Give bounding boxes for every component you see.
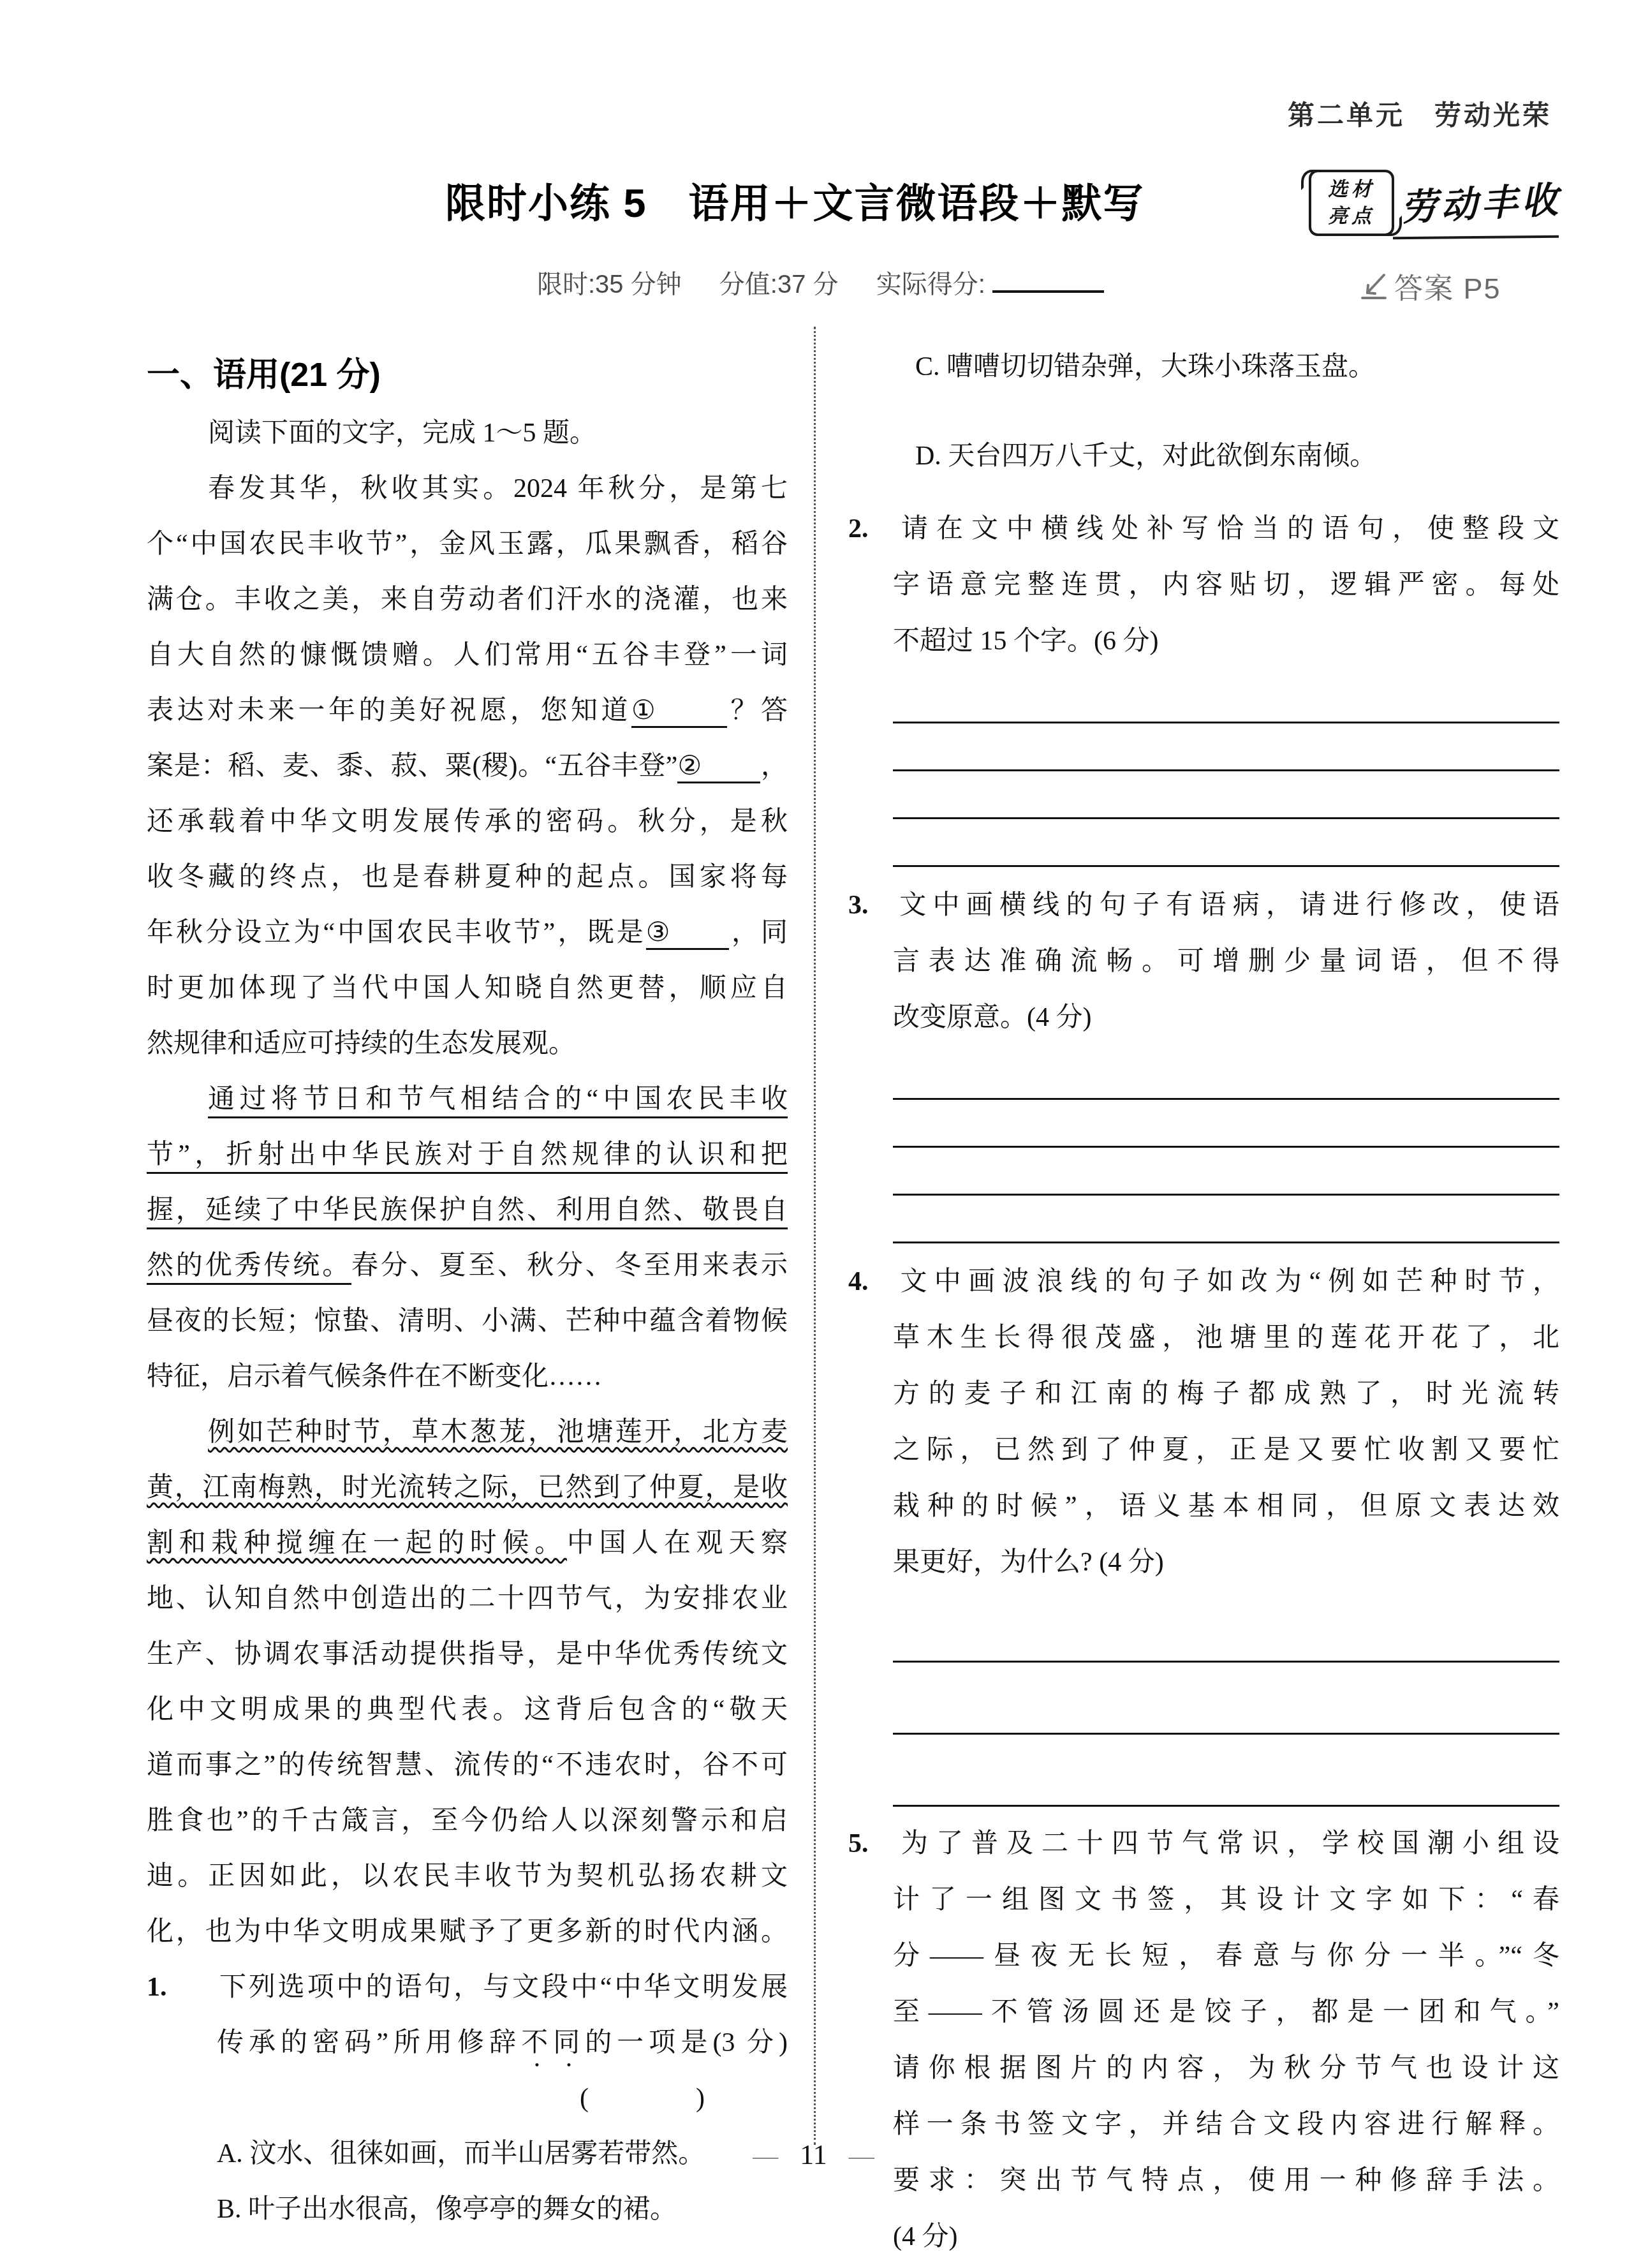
text-line: 阅读下面的文字，完成 1～5 题。 xyxy=(147,406,788,461)
text-segment: 果更好，为什么? (4 分) xyxy=(893,1548,1164,1577)
text-segment: 割和栽种搅缠在一起的时候。 xyxy=(147,1529,567,1558)
text-segment: 方的麦子和江南的梅子都成熟了，时光流转 xyxy=(893,1379,1559,1409)
text-segment: 满仓。丰收之美，来自劳动者们汗水的浇灌，也来 xyxy=(147,585,788,614)
text-line: 黄，江南梅熟，时光流转之际，已然到了仲夏，是收 xyxy=(147,1460,788,1516)
section-title: 一、语用(21 分) xyxy=(147,345,788,406)
text-segment: 阅读下面的文字，完成 1～5 题。 xyxy=(208,419,596,448)
text-segment: D. 天台四万八千丈，对此欲倒东南倾。 xyxy=(915,441,1376,471)
text-segment: 化，也为中华文明成果赋予了更多新的时代内涵。 xyxy=(147,1917,788,1946)
text-segment: ， xyxy=(760,752,788,781)
total-score: 分值:37 分 xyxy=(719,271,839,299)
text-segment: 昼夜的长短；惊蛰、清明、小满、芒种中蕴含着物候 xyxy=(147,1307,788,1336)
text-line: 年秋分设立为“中国农民丰收节”，既是③，同 xyxy=(147,905,788,961)
text-segment: 不超过 15 个字。(6 分) xyxy=(893,626,1158,656)
inline-blank[interactable]: ① xyxy=(631,695,727,728)
actual-score-blank[interactable] xyxy=(992,265,1104,293)
text-segment: 个“中国农民丰收节”，金风玉露，瓜果飘香，稻谷 xyxy=(147,530,788,559)
text-line: 通过将节日和节气相结合的“中国农民丰收 xyxy=(147,1072,788,1127)
option-d: D. 天台四万八千丈，对此欲倒东南倾。 xyxy=(848,411,1559,501)
unit-header: 第二单元 劳动光荣 xyxy=(1288,94,1552,133)
text-segment: 节”，折射出中华民族对于自然规律的认识和把 xyxy=(147,1140,788,1169)
answer-line[interactable] xyxy=(893,1196,1559,1243)
text-line: 地、认知自然中创造出的二十四节气，为安排农业 xyxy=(147,1571,788,1627)
answer-line[interactable] xyxy=(893,819,1559,867)
answer-reference: 答案 P5 xyxy=(1357,265,1501,307)
text-line: 节”，折射出中华民族对于自然规律的认识和把 xyxy=(147,1127,788,1183)
footer-dash-right: — xyxy=(849,2141,874,2170)
text-segment: 然规律和适应可持续的生态发展观。 xyxy=(147,1029,575,1058)
text-segment: 例如芒种时节，草木葱茏，池塘莲开，北方麦 xyxy=(208,1418,788,1447)
text-segment: 道而事之”的传统智慧、流传的“不违农时，谷不可 xyxy=(147,1751,788,1780)
answer-line[interactable] xyxy=(893,1052,1559,1100)
text-line: 化中文明成果的典型代表。这背后包含的“敬天 xyxy=(147,1682,788,1738)
text-segment: 案是：稻、麦、黍、菽、粟(稷)。“五谷丰登” xyxy=(147,752,677,781)
text-line: 分——昼夜无长短，春意与你分一半。”“冬 xyxy=(848,1928,1559,1984)
text-segment: 年秋分设立为“中国农民丰收节”，既是 xyxy=(147,918,646,947)
text-line: 道而事之”的传统智慧、流传的“不违农时，谷不可 xyxy=(147,1738,788,1793)
text-line: 表达对未来一年的美好祝愿，您知道①？答 xyxy=(147,683,788,739)
text-line: 满仓。丰收之美，来自劳动者们汗水的浇灌，也来 xyxy=(147,572,788,628)
text-segment: 时更加体现了当代中国人知晓自然更替，顺应自 xyxy=(147,974,788,1003)
text-segment: 还承载着中华文明发展传承的密码。秋分，是秋 xyxy=(147,807,788,836)
text-line: 然规律和适应可持续的生态发展观。 xyxy=(147,1016,788,1072)
option-b: B. 叶子出水很高，像亭亭的舞女的裙。 xyxy=(147,2182,788,2237)
text-segment: 分——昼夜无长短，春意与你分一半。”“冬 xyxy=(893,1941,1559,1971)
text-line: 化，也为中华文明成果赋予了更多新的时代内涵。 xyxy=(147,1904,788,1960)
text-line: 时更加体现了当代中国人知晓自然更替，顺应自 xyxy=(147,961,788,1016)
text-segment: 特征，启示着气候条件在不断变化…… xyxy=(147,1362,602,1391)
text-segment: ？答 xyxy=(727,696,788,725)
question-5: 5.为了普及二十四节气常识，学校国潮小组设 xyxy=(848,1816,1559,1872)
answer-line[interactable] xyxy=(893,723,1559,771)
text-segment: 地、认知自然中创造出的二十四节气，为安排农业 xyxy=(147,1584,788,1613)
text-line: 栽种的时候”，语义基本相同，但原文表达效 xyxy=(848,1478,1559,1534)
text-segment: ( ) xyxy=(580,2084,705,2113)
text-segment: 言表达准确流畅。可增删少量词语，但不得 xyxy=(893,947,1559,976)
text-segment: 栽种的时候”，语义基本相同，但原文表达效 xyxy=(893,1492,1559,1521)
text-line: 自大自然的慷慨馈赠。人们常用“五谷丰登”一词 xyxy=(147,628,788,683)
text-line: 胜食也”的千古箴言，至今仍给人以深刻警示和启 xyxy=(147,1793,788,1849)
actual-score-label: 实际得分: xyxy=(876,271,985,299)
column-divider xyxy=(814,327,816,2145)
text-segment: 草木生长得很茂盛，池塘里的莲花开花了，北 xyxy=(893,1323,1559,1353)
answer-arrow-icon xyxy=(1357,271,1388,302)
text-segment: 生产、协调农事活动提供指导，是中华优秀传统文 xyxy=(147,1640,788,1669)
text-segment: 的一项是(3 分) xyxy=(585,2028,788,2057)
answer-line[interactable] xyxy=(893,1100,1559,1148)
question-number: 1. xyxy=(147,1960,217,2015)
text-segment: (4 分) xyxy=(893,2222,957,2251)
text-line: 字语意完整连贯，内容贴切，逻辑严密。每处 xyxy=(848,557,1559,613)
page-title: 限时小练 5 语用＋文言微语段＋默写 xyxy=(445,171,1145,229)
text-line: (4 分) xyxy=(848,2209,1559,2265)
text-segment: 一、语用(21 分) xyxy=(147,357,381,394)
text-segment: 之际，已然到了仲夏，正是又要忙收割又要忙 xyxy=(893,1435,1559,1465)
time-limit: 限时:35 分钟 xyxy=(537,271,682,299)
text-line: 不超过 15 个字。(6 分) xyxy=(848,613,1559,669)
scroll-badge-icon: 选材 亮点 xyxy=(1309,170,1394,236)
text-segment: 文中画横线的句子有语病，请进行修改，使语 xyxy=(893,891,1559,920)
spacer xyxy=(848,867,1559,877)
answer-ref-label: 答案 P5 xyxy=(1394,265,1501,307)
answer-line[interactable] xyxy=(893,771,1559,819)
right-column: C. 嘈嘈切切错杂弹，大珠小珠落玉盘。D. 天台四万八千丈，对此欲倒东南倾。2.… xyxy=(848,322,1559,2265)
text-line: 还承载着中华文明发展传承的密码。秋分，是秋 xyxy=(147,794,788,850)
spacer xyxy=(848,1807,1559,1816)
badge-text-line2: 亮点 xyxy=(1328,203,1375,230)
inline-blank[interactable]: ② xyxy=(677,751,760,783)
text-segment: 春发其华，秋收其实。2024 年秋分，是第七 xyxy=(208,474,788,503)
text-line: 之际，已然到了仲夏，正是又要忙收割又要忙 xyxy=(848,1422,1559,1478)
text-line: 方的麦子和江南的梅子都成熟了，时光流转 xyxy=(848,1366,1559,1422)
badge-label: 劳动丰收 xyxy=(1399,170,1563,231)
spacer xyxy=(848,1046,1559,1052)
text-segment: B. 叶子出水很高，像亭亭的舞女的裙。 xyxy=(217,2195,677,2224)
text-segment: 然的优秀传统。 xyxy=(147,1251,351,1280)
text-line: 案是：稻、麦、黍、菽、粟(稷)。“五谷丰登”②， xyxy=(147,739,788,794)
answer-line[interactable] xyxy=(893,1148,1559,1196)
text-line: 计了一组图文书签，其设计文字如下：“春 xyxy=(848,1872,1559,1928)
inline-blank[interactable]: ③ xyxy=(646,917,729,950)
answer-line[interactable] xyxy=(893,676,1559,723)
text-line: 言表达准确流畅。可增删少量词语，但不得 xyxy=(848,933,1559,989)
answer-bracket: ( ) xyxy=(147,2071,788,2126)
text-segment: 至——不管汤圆还是饺子，都是一团和气。” xyxy=(893,1997,1559,2027)
text-line: 割和栽种搅缠在一起的时候。中国人在观天察 xyxy=(147,1516,788,1571)
question-number: 4. xyxy=(848,1254,893,1310)
spacer xyxy=(848,1243,1559,1254)
badge-underline xyxy=(1393,235,1559,240)
text-segment: 自大自然的慷慨馈赠。人们常用“五谷丰登”一词 xyxy=(147,641,788,670)
text-segment: ，同 xyxy=(729,918,788,947)
footer-dash-left: — xyxy=(753,2141,778,2170)
meta-row: 限时:35 分钟 分值:37 分 实际得分: xyxy=(537,264,1104,300)
text-segment: 改变原意。(4 分) xyxy=(893,1003,1091,1032)
text-line: 生产、协调农事活动提供指导，是中华优秀传统文 xyxy=(147,1627,788,1682)
page-footer: —11— xyxy=(0,2138,1627,2171)
page-number: 11 xyxy=(800,2139,827,2170)
text-segment: 样一条书签文字，并结合文段内容进行解释。 xyxy=(893,2110,1559,2139)
text-line: 迪。正因如此，以农民丰收节为契机弘扬农耕文 xyxy=(147,1849,788,1904)
text-line: 然的优秀传统。春分、夏至、秋分、冬至用来表示 xyxy=(147,1238,788,1294)
text-line: 握，延续了中华民族保护自然、利用自然、敬畏自 xyxy=(147,1183,788,1238)
text-segment: 请你根据图片的内容，为秋分节气也设计这 xyxy=(893,2054,1559,2083)
text-line: 请你根据图片的内容，为秋分节气也设计这 xyxy=(848,2040,1559,2096)
text-segment: 计了一组图文书签，其设计文字如下：“春 xyxy=(893,1885,1559,1915)
text-line: 至——不管汤圆还是饺子，都是一团和气。” xyxy=(848,1984,1559,2040)
question-number: 2. xyxy=(848,501,893,557)
text-segment: 黄，江南梅熟，时光流转之际，已然到了仲夏，是收 xyxy=(147,1473,788,1502)
text-line: 春发其华，秋收其实。2024 年秋分，是第七 xyxy=(147,461,788,517)
option-c: C. 嘈嘈切切错杂弹，大珠小珠落玉盘。 xyxy=(848,322,1559,411)
worksheet-page: { "header": { "unit": "第二单元 劳动光荣", "titl… xyxy=(0,0,1627,2268)
text-segment: 迪。正因如此，以农民丰收节为契机弘扬农耕文 xyxy=(147,1862,788,1891)
text-segment: 请在文中横线处补写恰当的语句，使整段文 xyxy=(893,514,1559,544)
text-segment: 中国人在观天察 xyxy=(567,1529,788,1558)
text-line: 改变原意。(4 分) xyxy=(848,989,1559,1046)
question-2: 2.请在文中横线处补写恰当的语句，使整段文 xyxy=(848,501,1559,557)
text-segment: 化中文明成果的典型代表。这背后包含的“敬天 xyxy=(147,1695,788,1724)
text-segment: 文中画波浪线的句子如改为“例如芒种时节， xyxy=(893,1267,1559,1296)
text-line: 昼夜的长短；惊蛰、清明、小满、芒种中蕴含着物候 xyxy=(147,1294,788,1349)
left-column: 一、语用(21 分)阅读下面的文字，完成 1～5 题。春发其华，秋收其实。202… xyxy=(147,345,788,2237)
text-segment: 表达对未来一年的美好祝愿，您知道 xyxy=(147,696,631,725)
text-line: 传承的密码”所用修辞不同的一项是(3 分) xyxy=(147,2015,788,2071)
answer-line[interactable] xyxy=(893,1735,1559,1807)
text-line: 草木生长得很茂盛，池塘里的莲花开花了，北 xyxy=(848,1310,1559,1366)
question-3: 3.文中画横线的句子有语病，请进行修改，使语 xyxy=(848,877,1559,933)
answer-line[interactable] xyxy=(893,1663,1559,1735)
text-segment: 通过将节日和节气相结合的“中国农民丰收 xyxy=(208,1085,788,1114)
answer-line[interactable] xyxy=(893,1590,1559,1663)
text-line: 果更好，为什么? (4 分) xyxy=(848,1534,1559,1590)
text-line: 特征，启示着气候条件在不断变化…… xyxy=(147,1349,788,1405)
text-segment: 握，延续了中华民族保护自然、利用自然、敬畏自 xyxy=(147,1196,788,1225)
question-1: 1.下列选项中的语句，与文段中“中华文明发展 xyxy=(147,1960,788,2015)
text-line: 收冬藏的终点，也是春耕夏种的起点。国家将每 xyxy=(147,850,788,905)
question-4: 4.文中画波浪线的句子如改为“例如芒种时节， xyxy=(848,1254,1559,1310)
text-segment: 胜食也”的千古箴言，至今仍给人以深刻警示和启 xyxy=(147,1806,788,1835)
emphasized-text: 不同 xyxy=(521,2028,585,2057)
text-segment: 收冬藏的终点，也是春耕夏种的起点。国家将每 xyxy=(147,863,788,892)
question-number: 3. xyxy=(848,877,893,933)
text-line: 例如芒种时节，草木葱茏，池塘莲开，北方麦 xyxy=(147,1405,788,1460)
question-number: 5. xyxy=(848,1816,893,1872)
text-segment: 字语意完整连贯，内容贴切，逻辑严密。每处 xyxy=(893,570,1559,600)
text-segment: 下列选项中的语句，与文段中“中华文明发展 xyxy=(217,1973,788,2002)
text-line: 个“中国农民丰收节”，金风玉露，瓜果飘香，稻谷 xyxy=(147,517,788,572)
text-segment: C. 嘈嘈切切错杂弹，大珠小珠落玉盘。 xyxy=(915,352,1375,382)
spacer xyxy=(848,669,1559,676)
text-segment: 传承的密码”所用修辞 xyxy=(217,2028,521,2057)
text-segment: 春分、夏至、秋分、冬至用来表示 xyxy=(351,1251,788,1280)
badge-text-line1: 选材 xyxy=(1328,176,1375,203)
text-segment: 为了普及二十四节气常识，学校国潮小组设 xyxy=(893,1829,1559,1858)
